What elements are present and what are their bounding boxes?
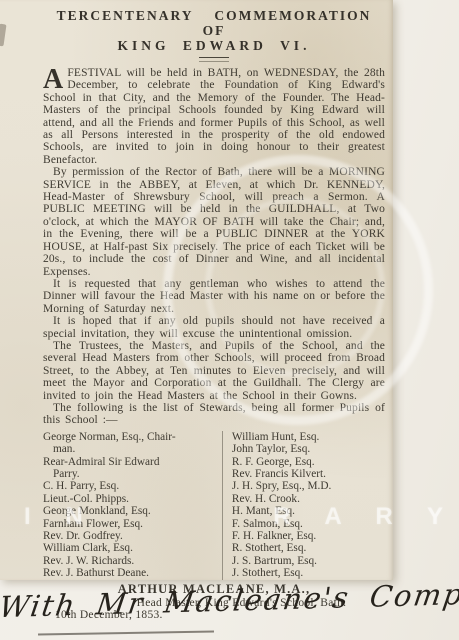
steward-name: R. Stothert, Esq. <box>232 542 385 554</box>
stewards-column-left: George Norman, Esq., Chair- man. Rear-Ad… <box>43 431 222 580</box>
steward-name: George Monkland, Esq. <box>43 505 222 517</box>
stewards-column-right: William Hunt, Esq. John Taylor, Esq. R. … <box>222 431 385 580</box>
paragraph-stewards-intro: The following is the list of Stewards, b… <box>43 402 385 427</box>
paragraph-procession: The Trustees, the Masters, and Pupils of… <box>43 340 385 402</box>
document-title-line2: KING EDWARD VI. <box>43 38 385 53</box>
steward-name: J. Stothert, Esq. <box>232 567 385 579</box>
steward-name: Farnham Flower, Esq. <box>43 518 222 530</box>
steward-name: Rear-Admiral Sir Edward <box>43 456 222 468</box>
steward-name: R. F. George, Esq. <box>232 456 385 468</box>
document-body: AFESTIVAL will be held in BATH, on WEDNE… <box>43 67 385 427</box>
document-title-line1: TERCENTENARY COMMEMORATION OF <box>43 8 385 38</box>
printed-slip: TERCENTENARY COMMEMORATION OF KING EDWAR… <box>0 0 393 580</box>
steward-name: F. Salmon, Esq. <box>232 518 385 530</box>
paragraph-omission: It is hoped that if any old pupils shoul… <box>43 315 385 340</box>
steward-name: Rev. J. W. Richards. <box>43 555 222 567</box>
steward-name: George Norman, Esq., Chair- <box>43 431 222 443</box>
paragraph-dinner-request: It is requested that any gentleman who w… <box>43 278 385 315</box>
steward-name-continuation: man. <box>43 443 222 455</box>
steward-name-continuation: Parry. <box>43 468 222 480</box>
stewards-list: George Norman, Esq., Chair- man. Rear-Ad… <box>43 431 385 580</box>
steward-name: Lieut.-Col. Phipps. <box>43 493 222 505</box>
steward-name: Rev. H. Crook. <box>232 493 385 505</box>
steward-name: J. H. Spry, Esq., M.D. <box>232 480 385 492</box>
inscription-flourish <box>38 630 214 635</box>
steward-name: H. Mant, Esq. <box>232 505 385 517</box>
steward-name: C. H. Parry, Esq. <box>43 480 222 492</box>
steward-name: J. S. Bartrum, Esq. <box>232 555 385 567</box>
paragraph-festival-text: FESTIVAL will be held in BATH, on WEDNES… <box>43 67 385 166</box>
steward-name: F. H. Falkner, Esq. <box>232 530 385 542</box>
paragraph-service: By permission of the Rector of Bath, the… <box>43 166 385 278</box>
photographed-document: TERCENTENARY COMMEMORATION OF KING EDWAR… <box>0 0 459 640</box>
steward-name: Rev. Dr. Godfrey. <box>43 530 222 542</box>
paper-damage-mark <box>0 24 6 47</box>
drop-cap: A <box>43 67 67 91</box>
steward-name: John Taylor, Esq. <box>232 443 385 455</box>
steward-name: Rev. J. Bathurst Deane. <box>43 567 222 579</box>
title-ornament <box>199 57 229 62</box>
paragraph-festival: AFESTIVAL will be held in BATH, on WEDNE… <box>43 67 385 166</box>
steward-name: William Clark, Esq. <box>43 542 222 554</box>
steward-name: William Hunt, Esq. <box>232 431 385 443</box>
steward-name: Rev. Francis Kilvert. <box>232 468 385 480</box>
